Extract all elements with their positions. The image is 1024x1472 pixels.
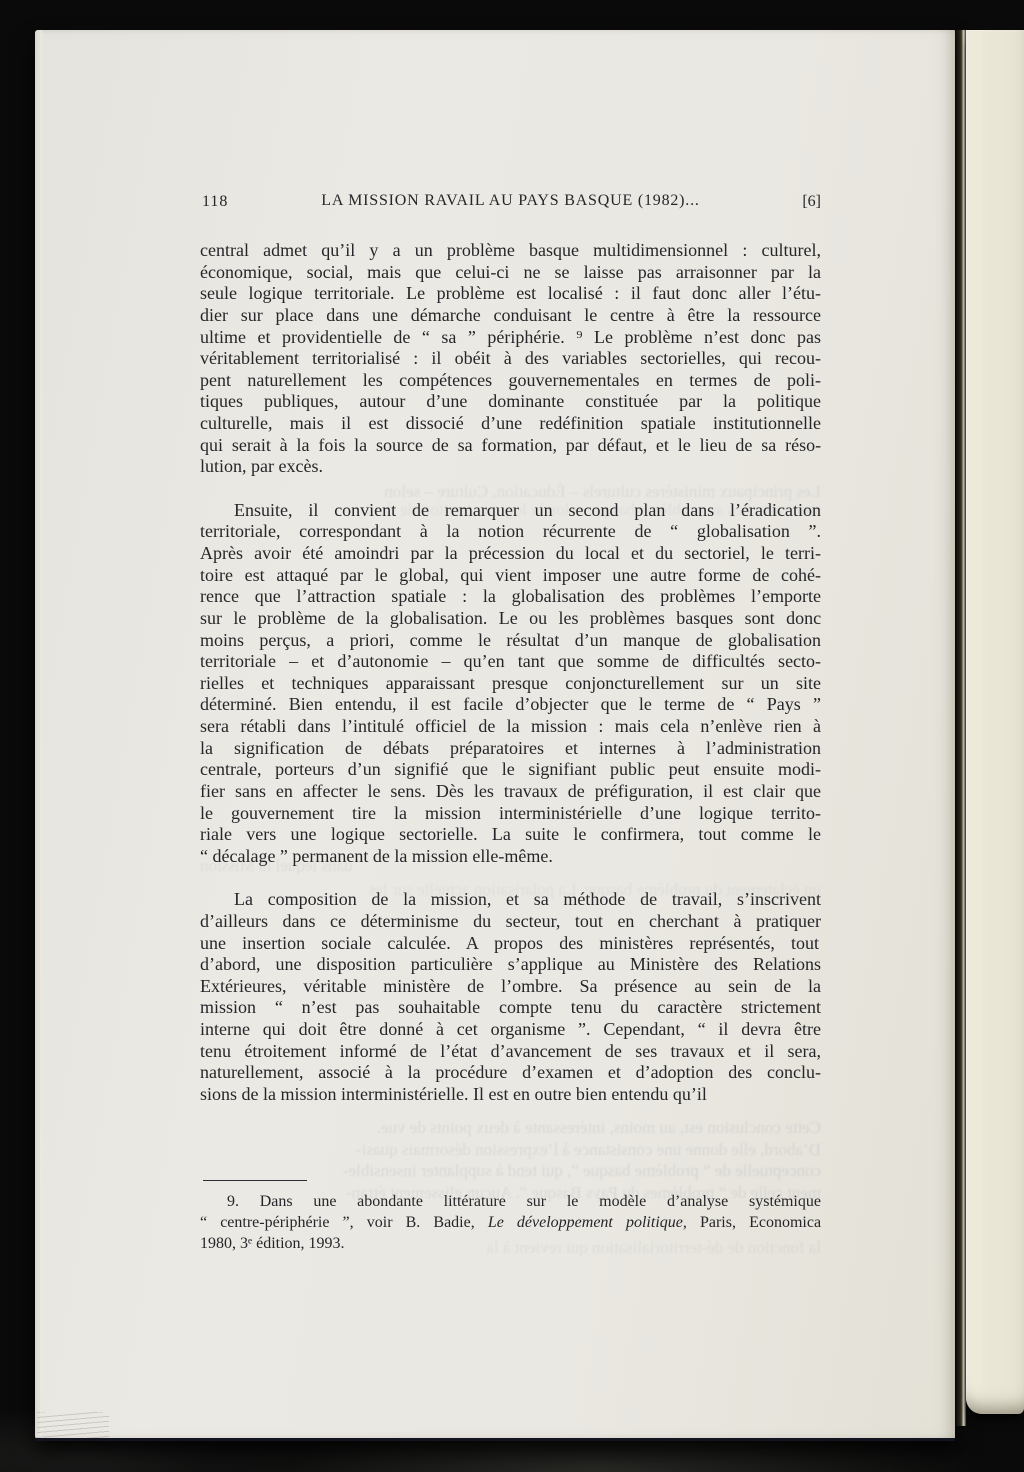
text-line: la signification de débats préparatoires… — [200, 738, 821, 760]
text-line: “ décalage ” permanent de la mission ell… — [200, 846, 821, 868]
footnote: 9. Dans une abondante littérature sur le… — [200, 1192, 821, 1255]
paragraph: La composition de la mission, et sa méth… — [200, 889, 821, 1105]
text-line: d’abord, une disposition particulière s’… — [200, 954, 821, 976]
text-line: ultime et providentielle de “ sa ” périp… — [200, 327, 821, 349]
bleedthrough-line: D’abord, elle donne une consistance à l’… — [200, 1140, 821, 1160]
footnote-separator — [203, 1180, 307, 1181]
text-line: riale vers une logique sectorielle. La s… — [200, 824, 821, 846]
book-page: Les principaux ministères culturels – Éd… — [35, 30, 955, 1438]
text-line: sions de la mission interministérielle. … — [200, 1084, 821, 1106]
text-line: Ensuite, il convient de remarquer un sec… — [200, 500, 821, 522]
text-line: une insertion sociale calculée. A propos… — [200, 933, 821, 955]
text-line: sur le problème de la globalisation. Le … — [200, 608, 821, 630]
text-line: fier sans en affecter le sens. Dès les t… — [200, 781, 821, 803]
page-edge-stack — [35, 30, 44, 1438]
text-line: le gouvernement tire la mission intermin… — [200, 803, 821, 825]
photo-background: Les principaux ministères culturels – Éd… — [0, 0, 1024, 1472]
text-line: qui serait à la fois la source de sa for… — [200, 435, 821, 457]
text-line: sera rétabli dans l’intitulé officiel de… — [200, 716, 821, 738]
text-line: déterminé. Bien entendu, il est facile d… — [200, 694, 821, 716]
text-line: culturelle, mais il est dissocié d’une r… — [200, 413, 821, 435]
footnote-line: 1980, 3ᵉ édition, 1993. — [200, 1234, 821, 1255]
text-line: dier sur place dans une démarche conduis… — [200, 305, 821, 327]
bleedthrough-line: Cette conclusion est, au moins, intéress… — [200, 1118, 821, 1138]
text-line: seule logique territoriale. Le problème … — [200, 283, 821, 305]
text-line: toire est attaqué par le global, qui vie… — [200, 565, 821, 587]
page-header: 118 LA MISSION RAVAIL AU PAYS BASQUE (19… — [200, 192, 821, 214]
text-line: moins perçus, a priori, comme le résulta… — [200, 630, 821, 652]
text-line: rielles et techniques apparaissant presq… — [200, 673, 821, 695]
text-line: véritablement territorialisé : il obéit … — [200, 348, 821, 370]
text-line: La composition de la mission, et sa méth… — [200, 889, 821, 911]
running-title: LA MISSION RAVAIL AU PAYS BASQUE (1982).… — [200, 192, 821, 210]
footnote-italic-title: Le développement politique, — [488, 1214, 687, 1231]
bleedthrough-line: conceptuelle de “ problème basque ”, qui… — [200, 1161, 821, 1181]
page-gutter-shadow — [955, 30, 966, 1426]
footnote-line: “ centre-périphérie ”, voir B. Badie, Le… — [200, 1213, 821, 1234]
text-line: centrale, porteurs d’un signifié que le … — [200, 759, 821, 781]
text-line: tenu étroitement informé de l’état d’ava… — [200, 1041, 821, 1063]
paragraph: central admet qu’il y a un problème basq… — [200, 240, 821, 478]
text-line: mission “ n’est pas souhaitable compte t… — [200, 997, 821, 1019]
text-line: économique, social, mais que celui-ci ne… — [200, 262, 821, 284]
footnote-line: 9. Dans une abondante littérature sur le… — [200, 1192, 821, 1213]
paragraph: Ensuite, il convient de remarquer un sec… — [200, 500, 821, 868]
page-number: 118 — [202, 193, 228, 211]
text-line: Extérieures, véritable ministère de l’om… — [200, 976, 821, 998]
text-line: lution, par excès. — [200, 456, 821, 478]
text-line: naturellement, associé à la procédure d’… — [200, 1062, 821, 1084]
page-corner-stack — [37, 1412, 109, 1438]
text-line: Après avoir été amoindri par la précessi… — [200, 543, 821, 565]
text-line: d’ailleurs dans ce déterminisme du secte… — [200, 911, 821, 933]
text-line: interne qui doit être donné à cet organi… — [200, 1019, 821, 1041]
text-line: central admet qu’il y a un problème basq… — [200, 240, 821, 262]
body-text: central admet qu’il y a un problème basq… — [200, 240, 821, 1106]
text-line: territoriale – et d’autonomie – qu’en ta… — [200, 651, 821, 673]
text-line: pent naturellement les compétences gouve… — [200, 370, 821, 392]
folio-marker: [6] — [802, 193, 821, 211]
text-line: territoriale, correspondant à la notion … — [200, 521, 821, 543]
text-line: tiques publiques, autour d’une dominante… — [200, 391, 821, 413]
facing-page-edge — [966, 30, 1024, 1414]
text-line: rence que l’attraction spatiale : la glo… — [200, 586, 821, 608]
